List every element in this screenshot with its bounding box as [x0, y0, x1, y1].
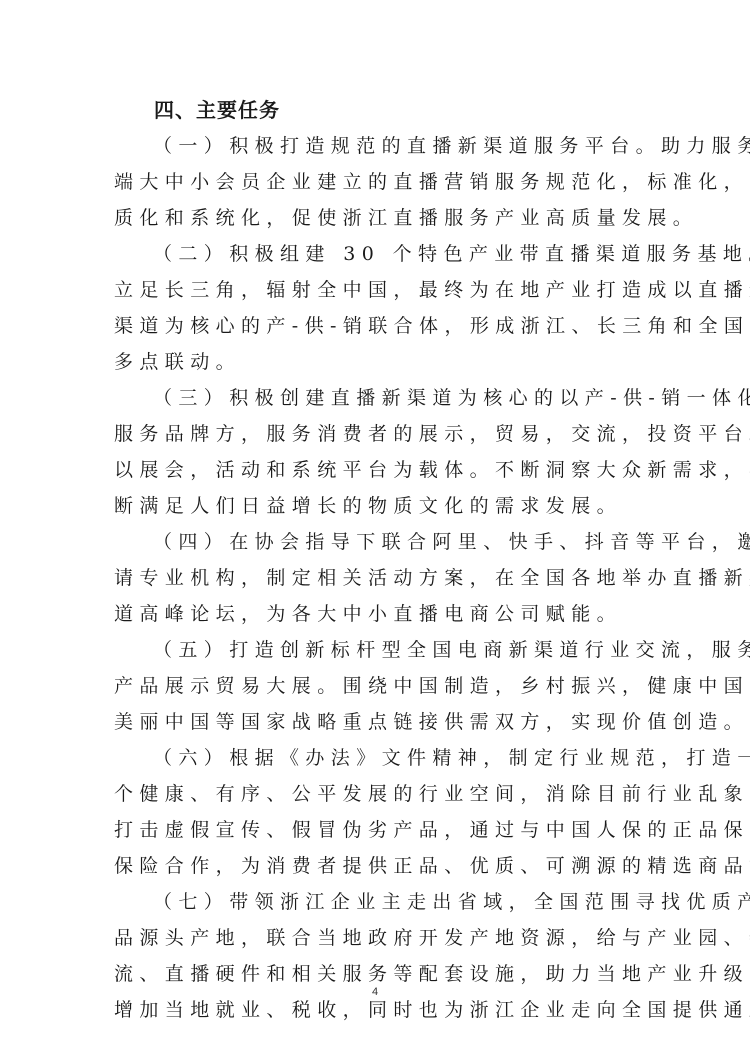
text-line: 以展会，活动和系统平台为载体。不断洞察大众新需求，不 — [114, 452, 640, 488]
text-line: （一）积极打造规范的直播新渠道服务平台。助力服务 — [114, 128, 640, 164]
text-line: （五）打造创新标杆型全国电商新渠道行业交流，服务 — [114, 632, 640, 668]
text-line: 个健康、有序、公平发展的行业空间，消除目前行业乱象， — [114, 776, 640, 812]
section-heading: 四、主要任务 — [114, 92, 640, 128]
paragraph-task-7: （七）带领浙江企业主走出省域，全国范围寻找优质产 品源头产地，联合当地政府开发产… — [114, 884, 640, 1028]
text-line: （四）在协会指导下联合阿里、快手、抖音等平台，邀 — [114, 524, 640, 560]
paragraph-task-4: （四）在协会指导下联合阿里、快手、抖音等平台，邀 请专业机构，制定相关活动方案，… — [114, 524, 640, 632]
text-line: 保险合作，为消费者提供正品、优质、可溯源的精选商品池。 — [114, 848, 640, 884]
paragraph-task-3: （三）积极创建直播新渠道为核心的以产-供-销一体化 服务品牌方，服务消费者的展示… — [114, 380, 640, 524]
text-line: （七）带领浙江企业主走出省域，全国范围寻找优质产 — [114, 884, 640, 920]
text-line: 质化和系统化，促使浙江直播服务产业高质量发展。 — [114, 200, 640, 236]
text-line: 品源头产地，联合当地政府开发产地资源，给与产业园、物 — [114, 920, 640, 956]
text-line: 打击虚假宣传、假冒伪劣产品，通过与中国人保的正品保障 — [114, 812, 640, 848]
text-line: （三）积极创建直播新渠道为核心的以产-供-销一体化 — [114, 380, 640, 416]
paragraph-task-5: （五）打造创新标杆型全国电商新渠道行业交流，服务 产品展示贸易大展。围绕中国制造… — [114, 632, 640, 740]
page-number: 4 — [0, 986, 750, 998]
document-page: 四、主要任务 （一）积极打造规范的直播新渠道服务平台。助力服务 端大中小会员企业… — [114, 92, 640, 1028]
text-line: 道高峰论坛，为各大中小直播电商公司赋能。 — [114, 596, 640, 632]
text-line: 端大中小会员企业建立的直播营销服务规范化，标准化，品 — [114, 164, 640, 200]
text-line: 断满足人们日益增长的物质文化的需求发展。 — [114, 488, 640, 524]
text-line: 产品展示贸易大展。围绕中国制造，乡村振兴，健康中国， — [114, 668, 640, 704]
text-line: （二）积极组建 30 个特色产业带直播渠道服务基地。 — [114, 236, 640, 272]
text-line: 美丽中国等国家战略重点链接供需双方，实现价值创造。 — [114, 704, 640, 740]
paragraph-task-2: （二）积极组建 30 个特色产业带直播渠道服务基地。 立足长三角，辐射全中国，最… — [114, 236, 640, 380]
text-line: 服务品牌方，服务消费者的展示，贸易，交流，投资平台。 — [114, 416, 640, 452]
paragraph-task-6: （六）根据《办法》文件精神，制定行业规范，打造一 个健康、有序、公平发展的行业空… — [114, 740, 640, 884]
paragraph-task-1: （一）积极打造规范的直播新渠道服务平台。助力服务 端大中小会员企业建立的直播营销… — [114, 128, 640, 236]
text-line: 多点联动。 — [114, 344, 640, 380]
text-line: （六）根据《办法》文件精神，制定行业规范，打造一 — [114, 740, 640, 776]
text-line: 请专业机构，制定相关活动方案，在全国各地举办直播新渠 — [114, 560, 640, 596]
text-line: 立足长三角，辐射全中国，最终为在地产业打造成以直播新 — [114, 272, 640, 308]
text-line: 渠道为核心的产-供-销联合体，形成浙江、长三角和全国的 — [114, 308, 640, 344]
